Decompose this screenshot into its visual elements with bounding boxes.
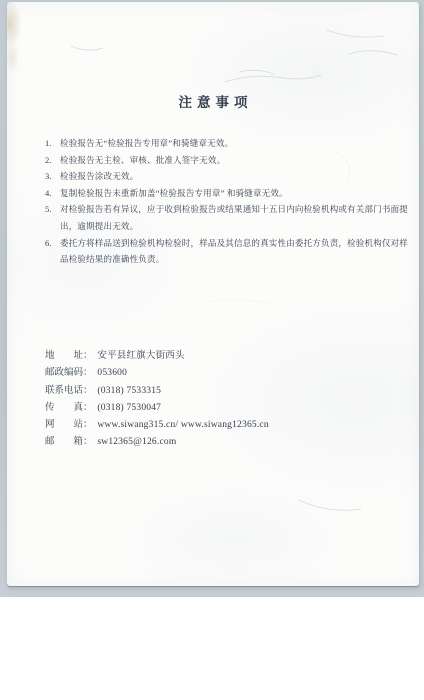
- note-text-line: 对检验报告若有异议，应于收到检验报告或结果通知十五日内向检验机构或有关部门书面提: [60, 201, 408, 218]
- contact-value: 053600: [97, 368, 127, 378]
- contact-label: 传 真：: [45, 400, 95, 417]
- notes-list: 1. 检验报告无“检验报告专用章”和骑缝章无效。 2. 检验报告无主检、审核、批…: [45, 135, 397, 268]
- note-item: 1. 检验报告无“检验报告专用章”和骑缝章无效。: [45, 135, 397, 152]
- note-number: 5.: [45, 201, 60, 218]
- contact-label: 邮政编码：: [45, 365, 95, 382]
- contact-value: (0318) 7533315: [97, 386, 161, 396]
- note-number: 6.: [45, 235, 60, 252]
- contact-value: 安平县红旗大街西头: [97, 351, 184, 361]
- note-item: 6. 委托方将样品送到检验机构检验时，样品及其信息的真实性由委托方负责，检验机构…: [45, 235, 397, 268]
- contact-value: (0318) 7530047: [97, 403, 161, 413]
- contact-row: 邮政编码： 053600: [45, 365, 269, 382]
- note-text-line: 出，逾期提出无效。: [60, 218, 408, 235]
- note-text: 检验报告无主检、审核、批准人签字无效。: [60, 152, 225, 169]
- note-text-line: 检验报告无“检验报告专用章”和骑缝章无效。: [60, 135, 233, 152]
- contact-row: 联系电话： (0318) 7533315: [45, 383, 269, 400]
- page-fold-smudge: [7, 2, 33, 80]
- contact-label: 联系电话：: [45, 383, 95, 400]
- note-text-line: 品检验结果的准确性负责。: [60, 251, 408, 268]
- page-title: 注意事项: [7, 91, 419, 111]
- note-text-line: 检验报告无主检、审核、批准人签字无效。: [60, 152, 225, 169]
- note-text-line: 复制检验报告未重新加盖“检验报告专用章” 和骑缝章无效。: [60, 185, 288, 202]
- contact-label: 地 址：: [45, 348, 95, 365]
- contact-info-block: 地 址： 安平县红旗大街西头 邮政编码： 053600 联系电话： (0318)…: [45, 348, 269, 452]
- note-item: 2. 检验报告无主检、审核、批准人签字无效。: [45, 152, 397, 169]
- note-item: 5. 对检验报告若有异议，应于收到检验报告或结果通知十五日内向检验机构或有关部门…: [45, 201, 397, 234]
- report-notice-page: 注意事项 1. 检验报告无“检验报告专用章”和骑缝章无效。 2.: [7, 2, 419, 586]
- contact-row: 传 真： (0318) 7530047: [45, 400, 269, 417]
- note-text: 复制检验报告未重新加盖“检验报告专用章” 和骑缝章无效。: [60, 185, 288, 202]
- note-text-line: 检验报告涂改无效。: [60, 168, 138, 185]
- note-text: 委托方将样品送到检验机构检验时，样品及其信息的真实性由委托方负责，检验机构仅对样…: [60, 235, 408, 268]
- contact-row: 邮 箱： sw12365@126.com: [45, 434, 269, 451]
- note-number: 2.: [45, 152, 60, 169]
- note-text: 对检验报告若有异议，应于收到检验报告或结果通知十五日内向检验机构或有关部门书面提…: [60, 201, 408, 234]
- contact-label: 网 站：: [45, 417, 95, 434]
- note-item: 3. 检验报告涂改无效。: [45, 168, 397, 185]
- contact-value: www.siwang315.cn/ www.siwang12365.cn: [97, 420, 268, 430]
- note-number: 3.: [45, 168, 60, 185]
- note-text-line: 委托方将样品送到检验机构检验时，样品及其信息的真实性由委托方负责，检验机构仅对样: [60, 235, 408, 252]
- scan-artifact-marks: [7, 2, 419, 586]
- contact-value: sw12365@126.com: [97, 437, 176, 447]
- note-item: 4. 复制检验报告未重新加盖“检验报告专用章” 和骑缝章无效。: [45, 185, 397, 202]
- note-text: 检验报告无“检验报告专用章”和骑缝章无效。: [60, 135, 233, 152]
- contact-row: 地 址： 安平县红旗大街西头: [45, 348, 269, 365]
- contact-row: 网 站： www.siwang315.cn/ www.siwang12365.c…: [45, 417, 269, 434]
- note-number: 4.: [45, 185, 60, 202]
- contact-label: 邮 箱：: [45, 434, 95, 451]
- scanned-document-stage: 注意事项 1. 检验报告无“检验报告专用章”和骑缝章无效。 2.: [0, 0, 424, 700]
- note-text: 检验报告涂改无效。: [60, 168, 138, 185]
- note-number: 1.: [45, 135, 60, 152]
